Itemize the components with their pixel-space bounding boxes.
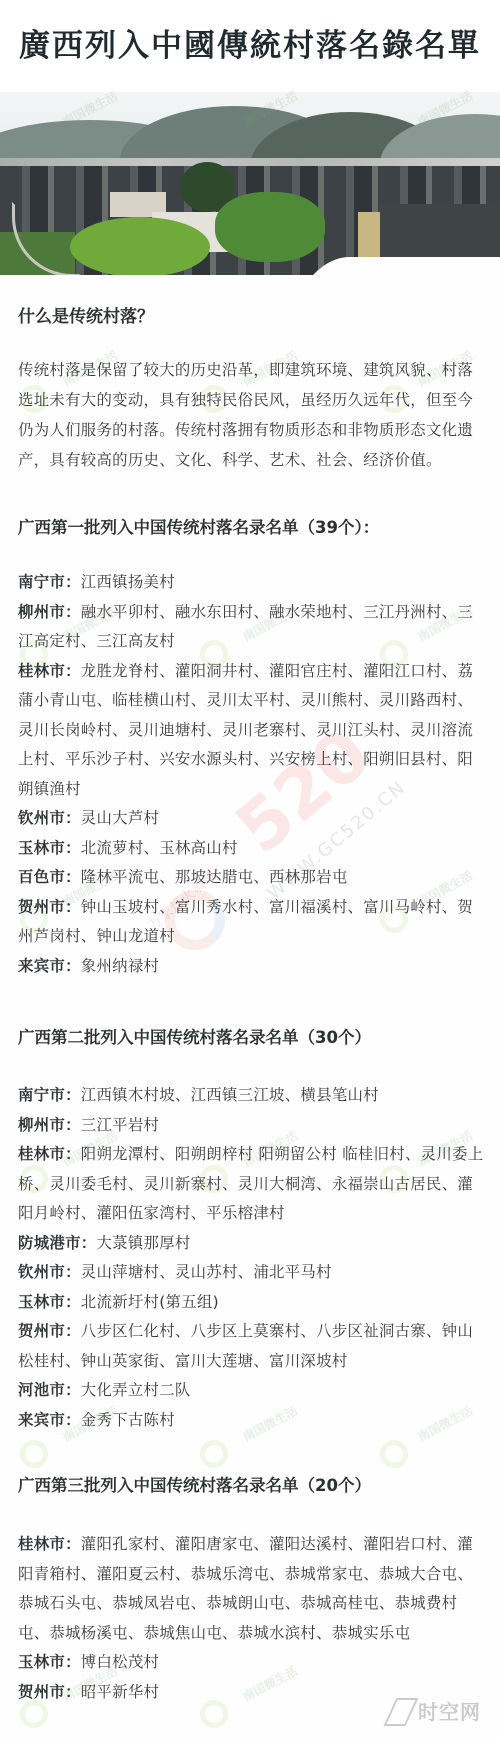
village-names: 钟山玉坡村、富川秀水村、富川福溪村、富川马岭村、贺州芦岗村、钟山龙道村	[18, 898, 473, 946]
list-item: 玉林市：博白松茂村	[18, 1648, 486, 1678]
village-names: 北流萝村、玉林高山村	[81, 839, 238, 857]
section-heading-batch-3: 广西第三批列入中国传统村落名录名单（20个）	[18, 1472, 371, 1496]
village-names: 北流新圩村(第五组)	[81, 1293, 219, 1311]
list-item: 来宾市：象州纳禄村	[18, 952, 486, 982]
list-item: 柳州市：融水平卯村、融水东田村、融水荣地村、三江丹洲村、三江高定村、三江高友村	[18, 598, 486, 657]
list-item: 百色市：隆林平流屯、那坡达腊屯、西林那岩屯	[18, 863, 486, 893]
village-names: 金秀下古陈村	[81, 1411, 175, 1429]
city-label: 柳州市：	[18, 603, 81, 621]
village-names: 八步区仁化村、八步区上莫寨村、八步区祉洞古寨、钟山松桂村、钟山英家街、富川大莲塘…	[18, 1322, 473, 1370]
list-item: 桂林市：灌阳孔家村、灌阳唐家屯、灌阳达溪村、灌阳岩口村、灌阳青箱村、灌阳夏云村、…	[18, 1530, 486, 1648]
city-label: 贺州市：	[18, 898, 81, 916]
city-label: 钦州市：	[18, 809, 81, 827]
hero-village-photo	[0, 92, 500, 275]
intro-paragraph: 传统村落是保留了较大的历史沿革，即建筑环境、建筑风貌、村落选址未有大的变动，具有…	[18, 355, 484, 475]
village-names: 大化弄立村二队	[81, 1381, 191, 1399]
watermark-logo-icon	[20, 1440, 48, 1468]
village-names: 象州纳禄村	[81, 957, 159, 975]
village-names: 灵山萍塘村、灵山苏村、浦北平马村	[81, 1263, 332, 1281]
list-item: 玉林市：北流萝村、玉林高山村	[18, 834, 486, 864]
village-names: 融水平卯村、融水东田村、融水荣地村、三江丹洲村、三江高定村、三江高友村	[18, 603, 473, 651]
city-label: 柳州市：	[18, 1116, 81, 1134]
list-item: 贺州市：昭平新华村	[18, 1678, 486, 1708]
city-label: 玉林市：	[18, 839, 81, 857]
tree	[70, 217, 210, 275]
list-item: 防城港市：大菉镇那厚村	[18, 1229, 486, 1259]
city-label: 防城港市：	[18, 1234, 96, 1252]
section-heading-batch-2: 广西第二批列入中国传统村落名录名单（30个）	[18, 1024, 371, 1048]
city-label: 河池市：	[18, 1381, 81, 1399]
list-item: 贺州市：八步区仁化村、八步区上莫寨村、八步区祉洞古寨、钟山松桂村、钟山英家街、富…	[18, 1317, 486, 1376]
tiled-roof	[380, 204, 500, 264]
city-label: 钦州市：	[18, 1263, 81, 1281]
city-label: 贺州市：	[18, 1683, 81, 1701]
city-label: 玉林市：	[18, 1653, 81, 1671]
city-label: 贺州市：	[18, 1322, 81, 1340]
list-item: 南宁市：江西镇扬美村	[18, 568, 486, 598]
page-title: 廣西列入中國傳統村落名錄名單	[0, 26, 500, 66]
village-names: 大菉镇那厚村	[96, 1234, 190, 1252]
city-label: 桂林市：	[18, 662, 81, 680]
village-names: 龙胜龙脊村、灌阳洞井村、灌阳官庄村、灌阳江口村、荔蒲小青山屯、临桂横山村、灵川太…	[18, 662, 473, 798]
watermark-logo-icon	[380, 1440, 408, 1468]
village-names: 隆林平流屯、那坡达腊屯、西林那岩屯	[81, 868, 348, 886]
city-label: 来宾市：	[18, 1411, 81, 1429]
batch-2-list: 南宁市：江西镇木村坡、江西镇三江坡、横县笔山村 柳州市：三江平岩村 桂林市：阳朔…	[18, 1081, 486, 1435]
village-names: 三江平岩村	[81, 1116, 159, 1134]
section-heading-batch-1: 广西第一批列入中国传统村落名录名单（39个）：	[18, 514, 379, 538]
city-label: 南宁市：	[18, 1086, 81, 1104]
village-names: 江西镇扬美村	[81, 573, 175, 591]
village-names: 灵山大芦村	[81, 809, 159, 827]
list-item: 钦州市：灵山大芦村	[18, 804, 486, 834]
city-label: 桂林市：	[18, 1535, 81, 1553]
batch-1-list: 南宁市：江西镇扬美村 柳州市：融水平卯村、融水东田村、融水荣地村、三江丹洲村、三…	[18, 568, 486, 981]
title-banner: 廣西列入中國傳統村落名錄名單	[0, 0, 500, 92]
intro-heading: 什么是传统村落？	[18, 302, 154, 327]
village-names: 江西镇木村坡、江西镇三江坡、横县笔山村	[81, 1086, 379, 1104]
city-label: 玉林市：	[18, 1293, 81, 1311]
list-item: 南宁市：江西镇木村坡、江西镇三江坡、横县笔山村	[18, 1081, 486, 1111]
list-item: 河池市：大化弄立村二队	[18, 1376, 486, 1406]
list-item: 钦州市：灵山萍塘村、灵山苏村、浦北平马村	[18, 1258, 486, 1288]
list-item: 贺州市：钟山玉坡村、富川秀水村、富川福溪村、富川马岭村、贺州芦岗村、钟山龙道村	[18, 893, 486, 952]
batch-3-list: 桂林市：灌阳孔家村、灌阳唐家屯、灌阳达溪村、灌阳岩口村、灌阳青箱村、灌阳夏云村、…	[18, 1530, 486, 1707]
village-names: 阳朔龙潭村、阳朔朗梓村 阳朔留公村 临桂旧村、灵川委上桥、灵川委毛村、灵川新寨村…	[18, 1145, 483, 1222]
list-item: 柳州市：三江平岩村	[18, 1111, 486, 1141]
city-label: 百色市：	[18, 868, 81, 886]
list-item: 桂林市：阳朔龙潭村、阳朔朗梓村 阳朔留公村 临桂旧村、灵川委上桥、灵川委毛村、灵…	[18, 1140, 486, 1229]
village-names: 博白松茂村	[81, 1653, 159, 1671]
list-item: 玉林市：北流新圩村(第五组)	[18, 1288, 486, 1318]
list-item: 来宾市：金秀下古陈村	[18, 1406, 486, 1436]
village-names: 昭平新华村	[81, 1683, 159, 1701]
watermark-logo-icon	[200, 1440, 228, 1468]
city-label: 桂林市：	[18, 1145, 81, 1163]
yellow-wall	[358, 212, 380, 262]
tree	[215, 192, 325, 262]
city-label: 来宾市：	[18, 957, 81, 975]
village-names: 灌阳孔家村、灌阳唐家屯、灌阳达溪村、灌阳岩口村、灌阳青箱村、灌阳夏云村、恭城乐湾…	[18, 1535, 473, 1642]
city-label: 南宁市：	[18, 573, 81, 591]
list-item: 桂林市：龙胜龙脊村、灌阳洞井村、灌阳官庄村、灌阳江口村、荔蒲小青山屯、临桂横山村…	[18, 657, 486, 805]
